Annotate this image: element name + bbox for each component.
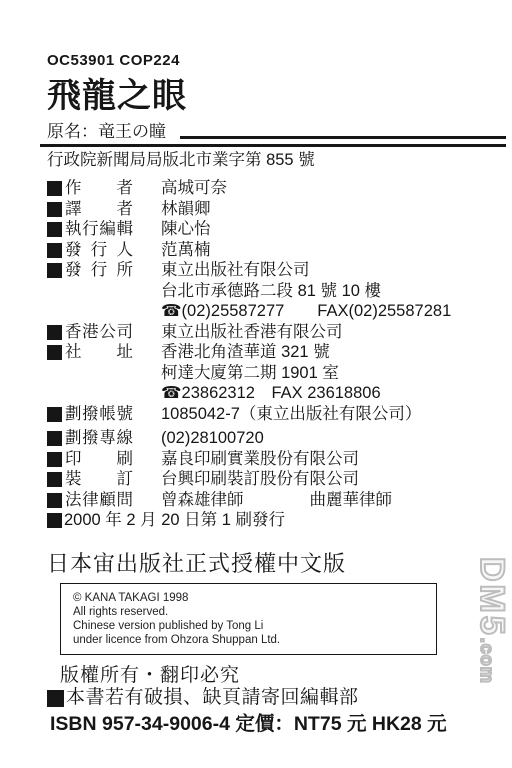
copyright-line: Chinese version published by Tong Li (73, 619, 424, 633)
row-label: 作者 (65, 178, 133, 199)
rights-notice: 版權所有・翻印必究 (60, 665, 506, 686)
license-number: 行政院新聞局局版北市業字第 855 號 (47, 150, 506, 170)
row-value: 台興印刷裝訂股份有限公司 (161, 469, 359, 490)
colophon-row: 發行人范萬楠 (47, 240, 506, 261)
row-label: 法律顧問 (65, 490, 133, 511)
divider-rule (40, 144, 506, 147)
row-label: 裝訂 (65, 469, 133, 490)
row-label: 香港公司 (65, 322, 133, 343)
row-label: 社址 (65, 342, 133, 363)
row-value: (02)28100720 (161, 428, 264, 449)
row-label: 發行所 (65, 260, 133, 281)
address-line: 台北市承德路二段 81 號 10 樓 (161, 281, 506, 302)
bullet-square-icon (47, 181, 62, 196)
colophon-row: 劃撥專線(02)28100720 (47, 428, 506, 449)
row-label: 劃撥帳號 (65, 404, 133, 425)
colophon-row: 社址香港北角渣華道 321 號柯達大廈第二期 1901 室☎23862312 F… (47, 342, 506, 404)
copyright-line: under licence from Ohzora Shuppan Ltd. (73, 633, 424, 647)
address-line: 柯達大廈第二期 1901 室 (161, 363, 506, 384)
license-statement: 日本宙出版社正式授權中文版 (47, 551, 506, 577)
phone-fax-line: ☎(02)25587277 FAX(02)25587281 (161, 301, 506, 322)
row-value: 范萬楠 (161, 240, 211, 261)
row-value: 香港北角渣華道 321 號 (161, 342, 330, 363)
colophon-row: 發行所東立出版社有限公司台北市承德路二段 81 號 10 樓☎(02)25587… (47, 260, 506, 322)
damage-notice-text: 本書若有破損、缺頁請寄回編輯部 (66, 687, 359, 709)
product-code: OC53901 COP224 (47, 52, 506, 70)
damage-notice-row: 本書若有破損、缺頁請寄回編輯部 (47, 687, 506, 709)
row-value: 陳心怡 (161, 219, 211, 240)
row-label: 劃撥專線 (65, 428, 133, 449)
row-label: 發行人 (65, 240, 133, 261)
colophon-rows: 作者高城可奈譯者林韻卿執行編輯陳心怡發行人范萬楠發行所東立出版社有限公司台北市承… (47, 178, 506, 510)
row-value: 嘉良印刷實業股份有限公司 (161, 449, 359, 470)
original-title: 原名：竜王の瞳 (47, 122, 166, 142)
row-value: 1085042-7（東立出版社有限公司） (161, 404, 421, 425)
isbn-price-line: ISBN 957-34-9006-4 定價：NT75 元 HK28 元 (50, 713, 506, 735)
row-value: 曾森雄律師 曲麗華律師 (161, 490, 392, 511)
row-value: 東立出版社香港有限公司 (161, 322, 343, 343)
row-value: 東立出版社有限公司 (161, 260, 310, 281)
bullet-square-icon (47, 345, 62, 360)
copyright-box: © KANA TAKAGI 1998 All rights reserved. … (60, 583, 437, 655)
row-label: 執行編輯 (65, 219, 133, 240)
colophon-row: 作者高城可奈 (47, 178, 506, 199)
bullet-square-icon (47, 452, 62, 467)
dm5-watermark: DM5.com (475, 557, 511, 767)
bullet-square-icon (47, 263, 62, 278)
title-underline (180, 136, 506, 139)
colophon-row: 香港公司東立出版社香港有限公司 (47, 322, 506, 343)
colophon-row: 印刷嘉良印刷實業股份有限公司 (47, 449, 506, 470)
row-label: 譯者 (65, 199, 133, 220)
bullet-square-icon (47, 407, 62, 422)
original-title-row: 原名：竜王の瞳 (47, 122, 506, 142)
row-value: 高城可奈 (161, 178, 227, 199)
colophon-page: OC53901 COP224 飛龍之眼 原名：竜王の瞳 行政院新聞局局版北市業字… (0, 0, 512, 768)
phone-fax-line: ☎23862312 FAX 23618806 (161, 383, 506, 404)
bullet-square-icon (47, 472, 62, 487)
bullet-square-icon (47, 493, 62, 508)
first-printing-text: 2000 年 2 月 20 日第 1 刷發行 (64, 510, 285, 531)
bullet-square-icon (47, 431, 62, 446)
colophon-row: 執行編輯陳心怡 (47, 219, 506, 240)
bullet-square-icon (47, 222, 62, 237)
colophon-row: 譯者林韻卿 (47, 199, 506, 220)
first-printing-row: 2000 年 2 月 20 日第 1 刷發行 (47, 510, 506, 531)
colophon-row: 法律顧問曾森雄律師 曲麗華律師 (47, 490, 506, 511)
bullet-square-icon (47, 243, 62, 258)
colophon-row: 裝訂台興印刷裝訂股份有限公司 (47, 469, 506, 490)
bullet-square-icon (47, 513, 62, 528)
row-label: 印刷 (65, 449, 133, 470)
book-title: 飛龍之眼 (47, 76, 506, 116)
watermark-suffix: .com (477, 638, 497, 684)
bullet-square-icon (47, 202, 62, 217)
colophon-row: 劃撥帳號1085042-7（東立出版社有限公司） (47, 404, 506, 425)
bullet-square-icon (47, 325, 62, 340)
copyright-line: © KANA TAKAGI 1998 (73, 591, 424, 605)
watermark-text: DM5 (473, 557, 511, 638)
copyright-line: All rights reserved. (73, 605, 424, 619)
bullet-square-icon (47, 690, 64, 707)
row-value: 林韻卿 (161, 199, 211, 220)
